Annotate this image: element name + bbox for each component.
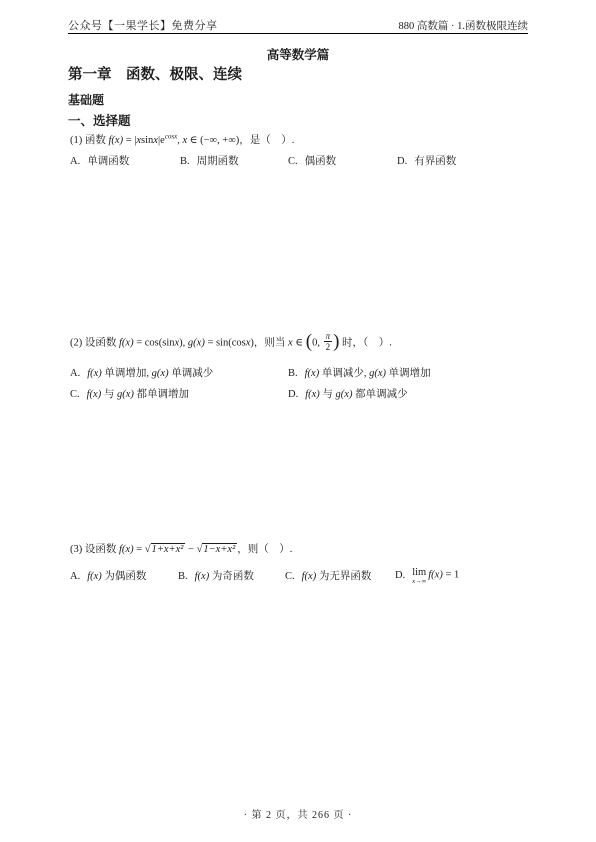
q3-radical-sign-1: √	[145, 544, 151, 555]
q1-u1: = |	[123, 135, 136, 146]
q1-option-b: B.周期函数	[180, 153, 239, 168]
q3-u1: =	[134, 544, 145, 555]
q1-option-b-text: 周期函数	[197, 156, 239, 167]
q1-option-c-text: 偶函数	[305, 156, 337, 167]
q1-domain: ∈ (−∞, +∞)	[187, 135, 239, 146]
q2-b-gx: g(x)	[369, 368, 386, 379]
q3-b-fx: f(x)	[195, 571, 210, 582]
q2-a-t2: 单调减少	[169, 368, 214, 379]
q1-option-b-label: B.	[180, 156, 190, 167]
q1-label: (1) 函数	[70, 135, 109, 146]
q3-c-text: 为无界函数	[316, 571, 371, 582]
q3-d-limit: limx→∞	[412, 568, 426, 585]
question-2-stem: (2) 设函数 f(x) = cos(sinx), g(x) = sin(cos…	[70, 332, 556, 354]
q2-fraction-pi-2: π2	[324, 331, 333, 353]
q1-fx: f(x)	[109, 135, 124, 146]
q3-b-text: 为奇函数	[209, 571, 254, 582]
q1-u2: sin	[141, 135, 153, 146]
q3-suffix: ，则（ ）.	[237, 544, 292, 555]
q1-option-d: D.有界函数	[397, 153, 456, 168]
q2-u2: ),	[179, 337, 188, 348]
q2-frac-denominator: 2	[324, 342, 333, 352]
q2-c-t2: 都单调增加	[134, 389, 189, 400]
header-rule	[68, 33, 528, 34]
q1-option-c: C.偶函数	[288, 153, 336, 168]
document-page: 公众号【一果学长】免费分享 880 高数篇 · 1.函数极限连续 高等数学篇 第…	[0, 0, 596, 842]
page-title: 高等数学篇	[0, 45, 596, 63]
question-2-options-row1: A.f(x) 单调增加, g(x) 单调减少 B.f(x) 单调减少, g(x)…	[0, 365, 596, 381]
q2-option-b-label: B.	[288, 368, 298, 379]
q3-option-c-label: C.	[285, 571, 295, 582]
q2-u3: = sin(cos	[205, 337, 246, 348]
q3-option-c: C.f(x) 为无界函数	[285, 568, 371, 583]
q3-sqrt-2: √1−x+x²	[197, 543, 238, 555]
q2-c-fx: f(x)	[87, 389, 102, 400]
q3-option-d-label: D.	[395, 570, 405, 581]
q3-option-a-label: A.	[70, 571, 80, 582]
q2-suffix: 时，（ ）.	[339, 337, 392, 348]
q2-c-t1: 与	[101, 389, 117, 400]
header-left-text: 公众号【一果学长】免费分享	[68, 17, 218, 33]
section-heading: 基础题	[68, 91, 104, 108]
q3-label: (3) 设函数	[70, 544, 119, 555]
question-3-stem: (3) 设函数 f(x) = √1+x+x² − √1−x+x²，则（ ）.	[70, 541, 556, 556]
q2-d-t2: 都单调减少	[352, 389, 407, 400]
q1-option-a-text: 单调函数	[87, 156, 129, 167]
question-1-stem: (1) 函数 f(x) = |xsinx|ecosx, x ∈ (−∞, +∞)…	[70, 132, 556, 147]
q2-a-fx: f(x)	[87, 368, 102, 379]
q2-b-t1: 单调减少,	[319, 368, 369, 379]
q2-fx: f(x)	[119, 337, 134, 348]
q3-d-lim-word: lim	[412, 568, 426, 579]
q3-d-lim-subscript: x→∞	[412, 579, 426, 586]
header-right-text: 880 高数篇 · 1.函数极限连续	[399, 18, 529, 33]
q2-option-d-label: D.	[288, 389, 298, 400]
question-2-options-row2: C.f(x) 与 g(x) 都单调增加 D.f(x) 与 g(x) 都单调减少	[0, 386, 596, 402]
q3-c-fx: f(x)	[302, 571, 317, 582]
q1-option-c-label: C.	[288, 156, 298, 167]
q3-minus: −	[185, 544, 196, 555]
q2-d-gx: g(x)	[336, 389, 353, 400]
q1-option-d-label: D.	[397, 156, 407, 167]
q2-option-a-label: A.	[70, 368, 80, 379]
q1-option-a-label: A.	[70, 156, 80, 167]
q2-option-d: D.f(x) 与 g(x) 都单调减少	[288, 386, 408, 401]
q2-a-gx: g(x)	[152, 368, 169, 379]
q2-cn2: ，则当	[254, 337, 288, 348]
question-1-options: A.单调函数 B.周期函数 C.偶函数 D.有界函数	[0, 153, 596, 169]
q3-a-fx: f(x)	[87, 571, 102, 582]
q2-u1: = cos(sin	[134, 337, 175, 348]
q3-d-fx: f(x)	[428, 570, 443, 581]
q2-d-fx: f(x)	[305, 389, 320, 400]
q3-fx: f(x)	[119, 544, 134, 555]
q3-option-a: A.f(x) 为偶函数	[70, 568, 146, 583]
q3-d-equals-1: = 1	[443, 570, 459, 581]
q2-option-a: A.f(x) 单调增加, g(x) 单调减少	[70, 365, 213, 380]
q1-exponent: cosx	[165, 133, 177, 141]
q3-sqrt-1: √1+x+x²	[145, 543, 186, 555]
q2-option-c-label: C.	[70, 389, 80, 400]
question-3-options: A.f(x) 为偶函数 B.f(x) 为奇函数 C.f(x) 为无界函数 D.l…	[0, 568, 596, 584]
q2-right-paren: )	[333, 331, 339, 352]
chapter-heading: 第一章 函数、极限、连续	[68, 63, 242, 84]
q2-c-gx: g(x)	[117, 389, 134, 400]
q2-b-t2: 单调增加	[386, 368, 431, 379]
q2-d-t1: 与	[320, 389, 336, 400]
q3-radicand-1: 1+x+x²	[151, 543, 186, 555]
page-number-footer: · 第 2 页，共 266 页 ·	[0, 806, 596, 821]
q2-a-t1: 单调增加,	[102, 368, 152, 379]
q3-option-b: B.f(x) 为奇函数	[178, 568, 254, 583]
q3-radicand-2: 1−x+x²	[202, 543, 237, 555]
q1-option-d-text: 有界函数	[414, 156, 456, 167]
q2-u5: ∈	[293, 337, 306, 348]
q2-option-b: B.f(x) 单调减少, g(x) 单调增加	[288, 365, 431, 380]
q3-a-text: 为偶函数	[102, 571, 147, 582]
q2-left-paren: (	[306, 331, 312, 352]
q2-option-c: C.f(x) 与 g(x) 都单调增加	[70, 386, 189, 401]
q2-frac-numerator: π	[324, 331, 333, 342]
q3-option-d: D.limx→∞f(x) = 1	[395, 568, 459, 585]
q2-label: (2) 设函数	[70, 337, 119, 348]
q3-option-b-label: B.	[178, 571, 188, 582]
q2-gx: g(x)	[188, 337, 205, 348]
subsection-heading: 一、选择题	[68, 111, 131, 129]
q2-interval-start: 0,	[312, 337, 323, 348]
q1-suffix: ，是（ ）.	[239, 135, 294, 146]
q2-b-fx: f(x)	[305, 368, 320, 379]
q1-u3: |e	[158, 135, 165, 146]
q1-option-a: A.单调函数	[70, 153, 129, 168]
